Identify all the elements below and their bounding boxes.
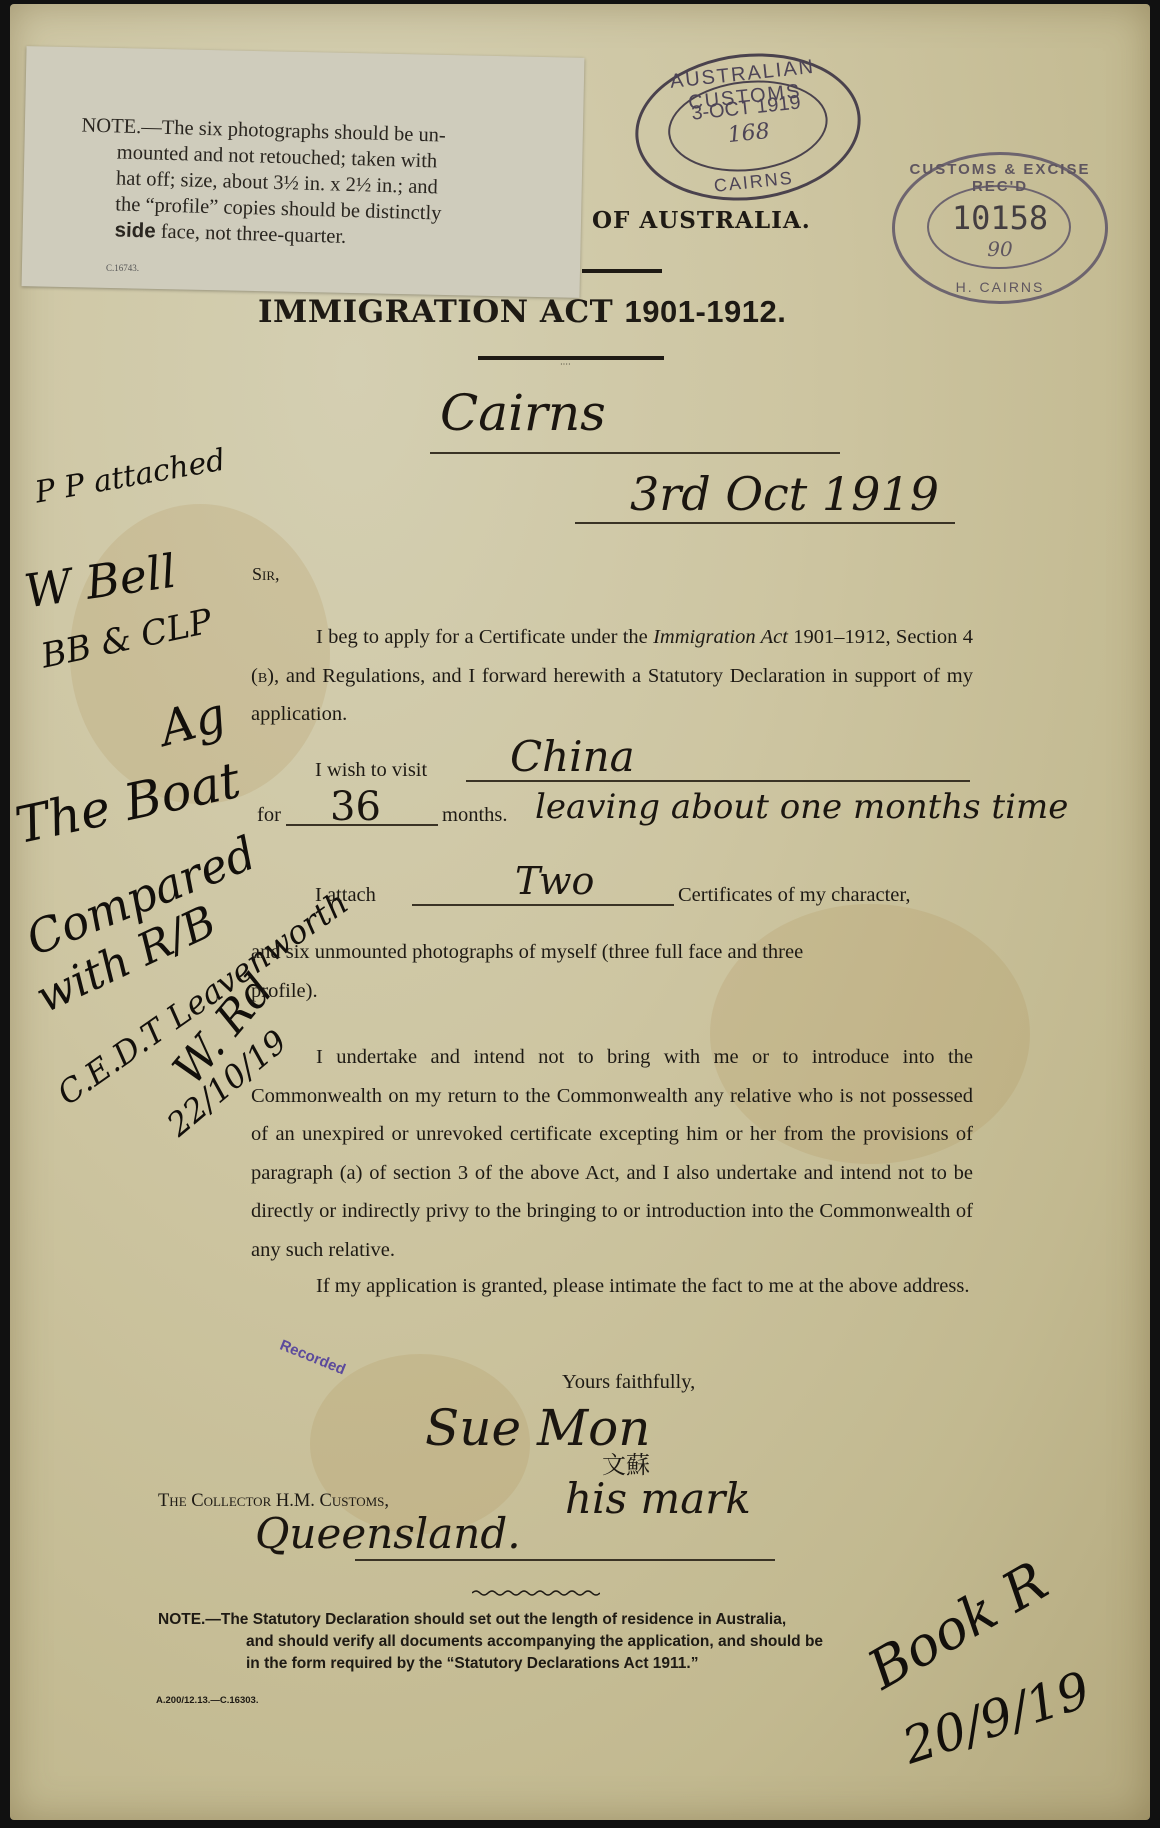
stamp-sub-number: 90	[895, 237, 1105, 261]
his-mark-annotation: his mark	[565, 1474, 751, 1523]
salutation: Sir,	[252, 564, 280, 585]
certificates-field-line	[412, 904, 674, 906]
para-text: I beg to apply for a Certificate under t…	[316, 626, 653, 648]
form-code: A.200/12.13.—C.16303.	[156, 1695, 258, 1706]
customs-excise-stamp: CUSTOMS & EXCISE REC'D 10158 90 H. CAIRN…	[892, 152, 1108, 304]
date-underline	[575, 522, 955, 524]
note-line: NOTE.—The Statutory Declaration should s…	[158, 1611, 786, 1628]
stamp-ring-text: H. CAIRNS	[895, 279, 1105, 295]
page-title: IMMIGRATION ACT 1901-1912.	[258, 294, 786, 330]
stamp-number: 10158	[895, 199, 1105, 237]
months-label: months.	[442, 804, 508, 827]
recorded-stamp: Recorded	[277, 1337, 348, 1379]
for-label: for	[257, 804, 281, 827]
title-text: IMMIGRATION ACT	[258, 294, 625, 330]
country-heading: OF AUSTRALIA.	[592, 207, 811, 234]
para-text: ), and Regulations, and I forward herewi…	[251, 665, 973, 726]
wavy-divider	[472, 1589, 600, 1597]
attach-label: I attach	[315, 884, 376, 907]
handwritten-date: 3rd Oct 1919	[630, 467, 939, 521]
months-value: 36	[330, 784, 381, 830]
certificates-label: Certificates of my character,	[678, 884, 911, 907]
stamp-ring-text: CUSTOMS & EXCISE REC'D	[895, 161, 1105, 195]
rule-dots: ····	[560, 360, 571, 369]
handwritten-place: Cairns	[440, 384, 606, 442]
profile-text: profile).	[251, 980, 318, 1003]
addressee-state: Queensland.	[255, 1509, 521, 1558]
addressee-underline	[355, 1559, 775, 1561]
customs-cairns-stamp: AUSTRALIAN CUSTOMS 3-OCT 1919 168 CAIRNS	[628, 43, 868, 212]
paragraph-application: I beg to apply for a Certificate under t…	[251, 618, 973, 734]
section-letter: b	[258, 665, 267, 687]
certificates-count-value: Two	[515, 859, 594, 903]
closing: Yours faithfully,	[562, 1371, 695, 1394]
note-line: face, not three-quarter.	[155, 221, 346, 248]
header-rule	[582, 269, 662, 273]
document-page: NOTE.—The six photographs should be un- …	[10, 4, 1150, 1820]
paragraph-undertaking: I undertake and intend not to bring with…	[251, 1038, 973, 1269]
slip-form-code: C.16743.	[106, 263, 139, 273]
margin-annotation: P P attached	[32, 443, 228, 511]
photographs-line: and six unmounted photographs of myself …	[251, 941, 973, 964]
title-years: 1901-1912.	[625, 294, 787, 329]
visit-label: I wish to visit	[315, 759, 427, 782]
act-name: Immigration Act	[653, 626, 788, 648]
note-emphasis: side	[114, 218, 156, 242]
leaving-note: leaving about one months time	[535, 787, 1068, 827]
place-underline	[430, 452, 840, 454]
photograph-note: NOTE.—The six photographs should be un- …	[78, 112, 551, 255]
title-rule	[478, 356, 664, 360]
paragraph-intimate: If my application is granted, please int…	[251, 1267, 973, 1306]
visit-country-value: China	[510, 732, 635, 781]
